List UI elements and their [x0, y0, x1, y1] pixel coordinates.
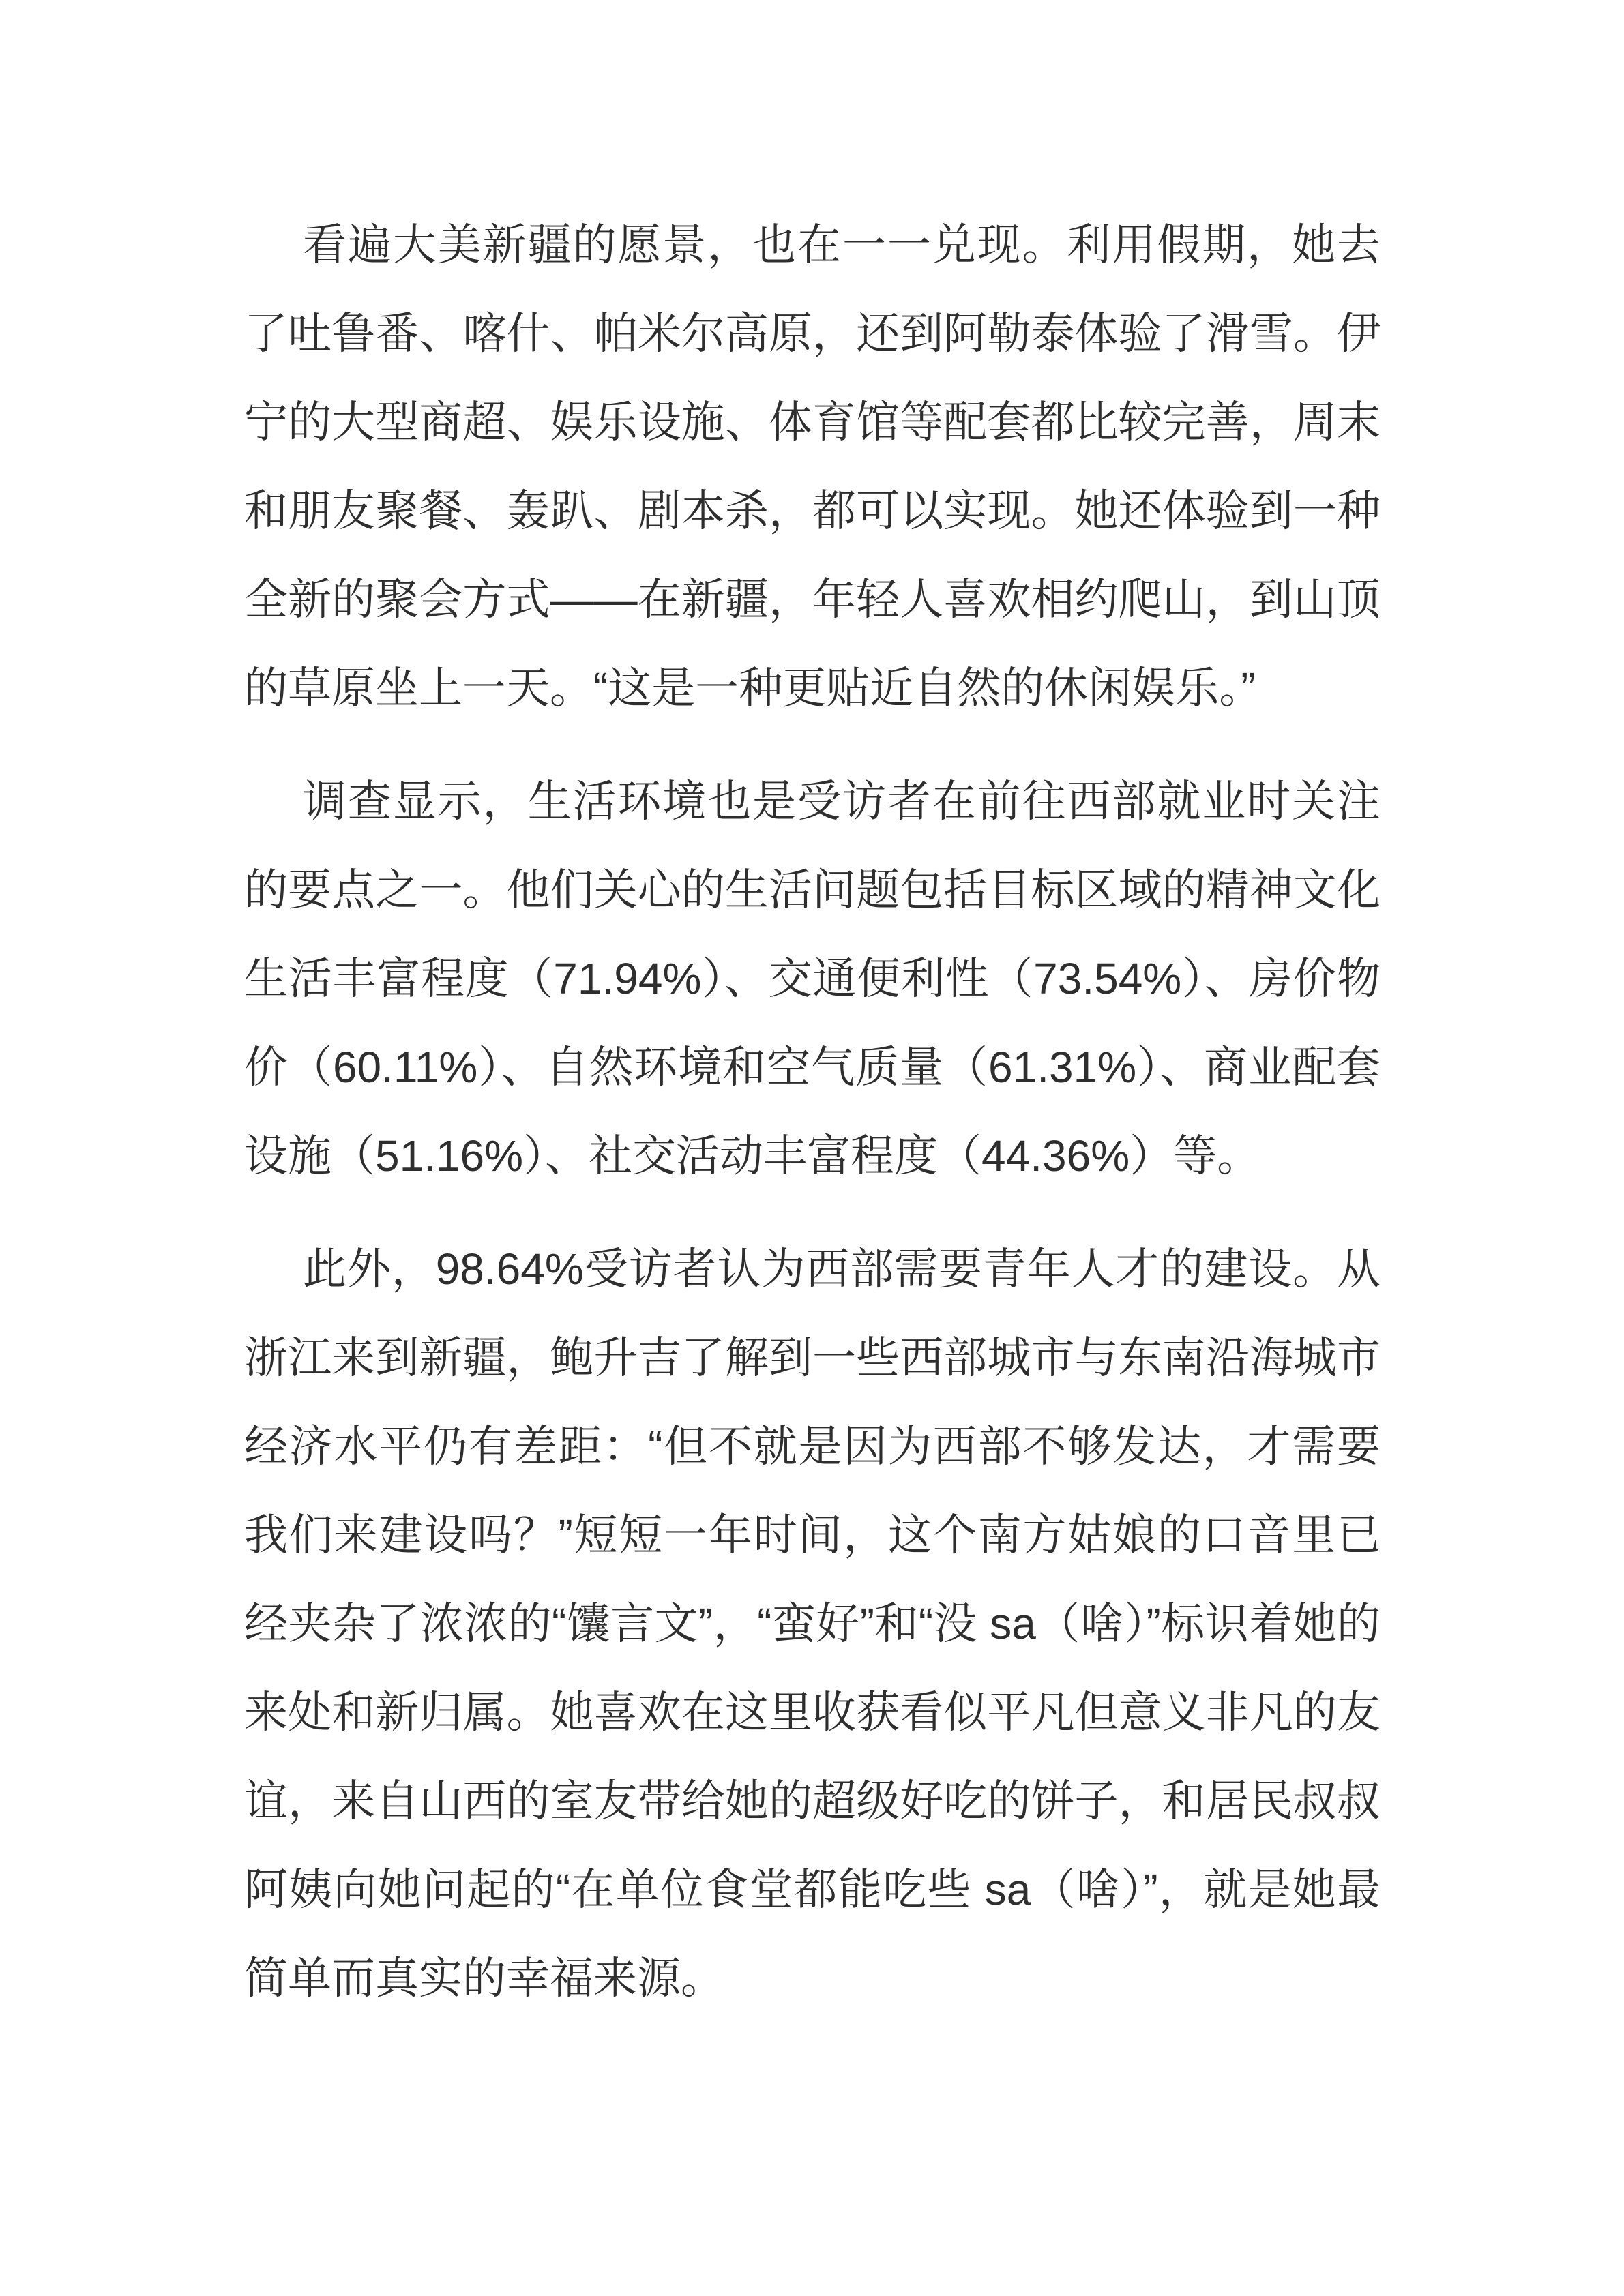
paragraph: 看遍大美新疆的愿景，也在一一兑现。利用假期，她去了吐鲁番、喀什、帕米尔高原，还到…	[244, 200, 1381, 732]
paragraph: 此外，98.64%受访者认为西部需要青年人才的建设。从浙江来到新疆，鲍升吉了解到…	[244, 1225, 1381, 2023]
article-page: 看遍大美新疆的愿景，也在一一兑现。利用假期，她去了吐鲁番、喀什、帕米尔高原，还到…	[0, 0, 1624, 2296]
paragraph: 调查显示，生活环境也是受访者在前往西部就业时关注的要点之一。他们关心的生活问题包…	[244, 757, 1381, 1200]
article-body: 看遍大美新疆的愿景，也在一一兑现。利用假期，她去了吐鲁番、喀什、帕米尔高原，还到…	[244, 200, 1381, 2023]
